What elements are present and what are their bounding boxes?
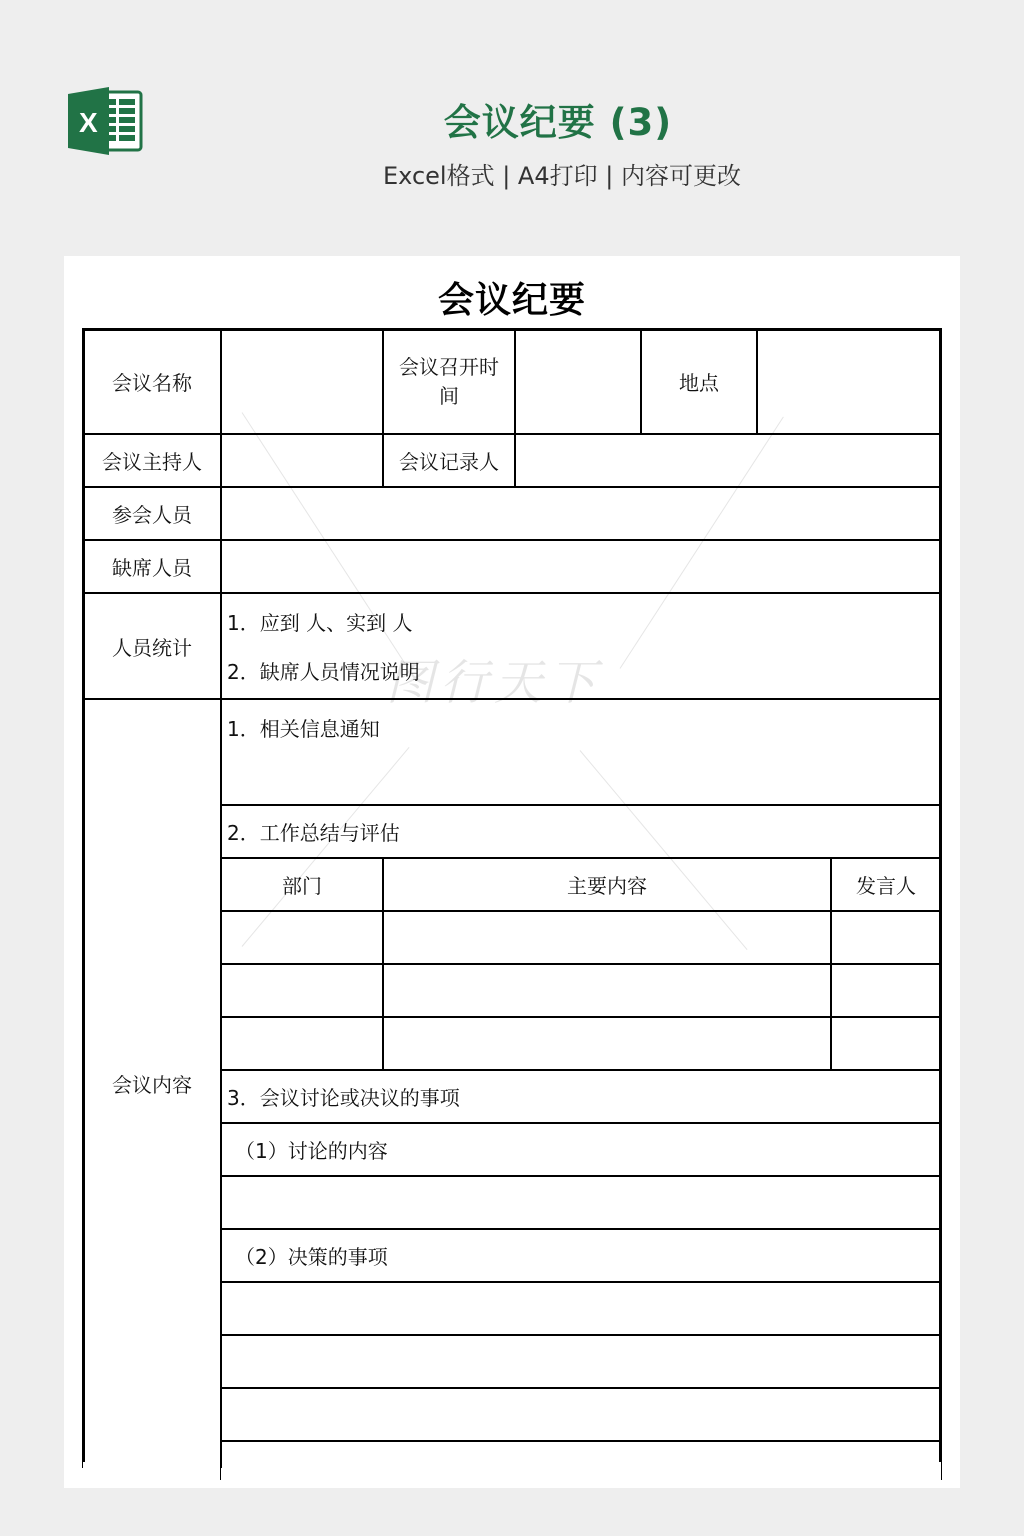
column-header-speaker: 发言人 [830,857,942,912]
document-title: 会议纪要 [64,272,960,323]
content-sub-discussion: （1）讨论的内容 [220,1122,942,1177]
content-item-notice[interactable]: 1．相关信息通知 [220,698,942,806]
column-header-department: 部门 [220,857,384,912]
table-cell-department[interactable] [220,1016,384,1071]
attendees-label: 参会人员 [82,486,222,541]
page-title: 会议纪要 (3) [0,92,1024,146]
minutes-table: 会议名称 会议召开时间 地点 会议主持人 会议记录人 参会人员 缺席人员 人员统… [82,328,942,1462]
host-label: 会议主持人 [82,433,222,488]
stats-line-attendance: 1．应到 人、实到 人 [227,607,412,636]
content-sub-decisions: （2）决策的事项 [220,1228,942,1283]
host-field[interactable] [220,433,384,488]
page-subtitle: Excel格式 | A4打印 | 内容可更改 [0,156,1024,191]
location-label: 地点 [640,328,758,435]
table-cell-main-content[interactable] [382,910,832,965]
table-cell-speaker[interactable] [830,1016,942,1071]
content-item-resolutions: 3．会议讨论或决议的事项 [220,1069,942,1124]
stats-label: 人员统计 [82,592,222,700]
decision-field[interactable] [220,1281,942,1336]
recorder-label: 会议记录人 [382,433,516,488]
table-cell-main-content[interactable] [382,963,832,1018]
decision-field[interactable] [220,1440,942,1480]
meeting-name-field[interactable] [220,328,384,435]
table-cell-main-content[interactable] [382,1016,832,1071]
content-label: 会议内容 [82,698,222,1468]
absentees-label: 缺席人员 [82,539,222,594]
table-cell-department[interactable] [220,963,384,1018]
attendees-field[interactable] [220,486,942,541]
document-page: 会议纪要 会议名称 会议召开时间 地点 会议主持人 会议记录人 参会人员 缺席人… [64,256,960,1488]
location-field[interactable] [756,328,942,435]
decision-field[interactable] [220,1334,942,1389]
meeting-time-field[interactable] [514,328,642,435]
content-item-summary: 2．工作总结与评估 [220,804,942,859]
column-header-main-content: 主要内容 [382,857,832,912]
table-cell-speaker[interactable] [830,963,942,1018]
table-cell-department[interactable] [220,910,384,965]
meeting-name-label: 会议名称 [82,328,222,435]
stats-line-absence: 2．缺席人员情况说明 [227,656,420,685]
decision-field[interactable] [220,1387,942,1442]
discussion-field[interactable] [220,1175,942,1230]
absentees-field[interactable] [220,539,942,594]
meeting-time-label: 会议召开时间 [382,328,516,435]
recorder-field[interactable] [514,433,942,488]
table-cell-speaker[interactable] [830,910,942,965]
stats-field[interactable]: 1．应到 人、实到 人 2．缺席人员情况说明 [220,592,942,700]
